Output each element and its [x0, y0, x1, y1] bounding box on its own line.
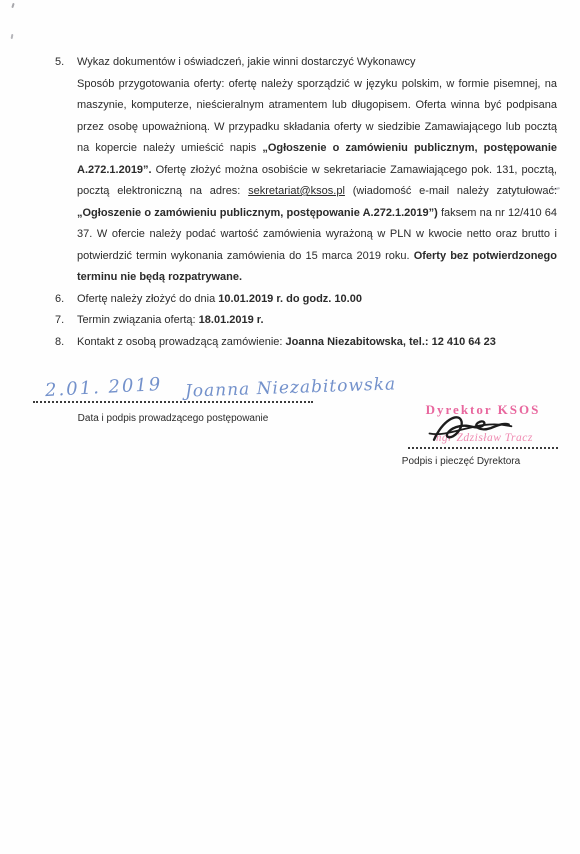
- list-item-6-number: 6.: [55, 289, 77, 311]
- list-item-6-text: Ofertę należy złożyć do dnia 10.01.2019 …: [77, 289, 557, 311]
- handwritten-signature-row: 2.01. 2019 Joanna Niezabitowska: [33, 377, 313, 403]
- right-signature-block: Dyrektor KSOS mgr Zdzisław Tracz Podpis …: [408, 402, 558, 467]
- list-item-6: 6. Ofertę należy złożyć do dnia 10.01.20…: [55, 289, 557, 311]
- signature-dotted-line: [408, 447, 558, 449]
- list-item-5: 5. Wykaz dokumentów i oświadczeń, jakie …: [55, 52, 557, 289]
- email-title-bold: „Ogłoszenie o zamówieniu publicznym, pos…: [77, 207, 438, 219]
- scan-artifact-speck: [11, 34, 14, 39]
- handwritten-signature: Joanna Niezabitowska: [185, 374, 397, 401]
- text-segment: Kontakt z osobą prowadzącą zamówienie:: [77, 336, 286, 348]
- list-item-5-heading: Wykaz dokumentów i oświadczeń, jakie win…: [77, 52, 557, 74]
- list-item-7: 7. Termin związania ofertą: 18.01.2019 r…: [55, 310, 557, 332]
- right-signature-caption: Podpis i pieczęć Dyrektora: [386, 456, 536, 467]
- numbered-list: 5. Wykaz dokumentów i oświadczeń, jakie …: [55, 52, 557, 353]
- list-item-7-number: 7.: [55, 310, 77, 332]
- scanned-document-page: 5. Wykaz dokumentów i oświadczeń, jakie …: [0, 0, 580, 854]
- list-item-5-content: Wykaz dokumentów i oświadczeń, jakie win…: [77, 52, 557, 289]
- text-segment: (wiadomość e-mail należy zatytułować:: [345, 185, 557, 197]
- director-ink-signature: [422, 411, 518, 447]
- list-item-8-number: 8.: [55, 332, 77, 354]
- email-address-text: sekretariat@ksos.pl: [248, 185, 345, 197]
- handwritten-date: 2.01. 2019: [45, 374, 163, 401]
- left-signature-caption: Data i podpis prowadzącego postępowanie: [33, 413, 313, 424]
- submission-deadline-bold: 10.01.2019 r. do godz. 10.00: [218, 293, 362, 305]
- text-segment: Ofertę należy złożyć do dnia: [77, 293, 218, 305]
- left-signature-block: 2.01. 2019 Joanna Niezabitowska Data i p…: [33, 377, 313, 424]
- text-segment: Termin związania ofertą:: [77, 314, 199, 326]
- scan-artifact-speck: [11, 3, 14, 8]
- contact-person-bold: Joanna Niezabitowska, tel.: 12 410 64 23: [286, 336, 496, 348]
- binding-date-bold: 18.01.2019 r.: [199, 314, 264, 326]
- offer-preparation-paragraph: Sposób przygotowania oferty: ofertę nale…: [77, 74, 557, 289]
- list-item-8-text: Kontakt z osobą prowadzącą zamówienie: J…: [77, 332, 557, 354]
- list-item-7-text: Termin związania ofertą: 18.01.2019 r.: [77, 310, 557, 332]
- list-item-8: 8. Kontakt z osobą prowadzącą zamówienie…: [55, 332, 557, 354]
- list-item-5-number: 5.: [55, 52, 77, 74]
